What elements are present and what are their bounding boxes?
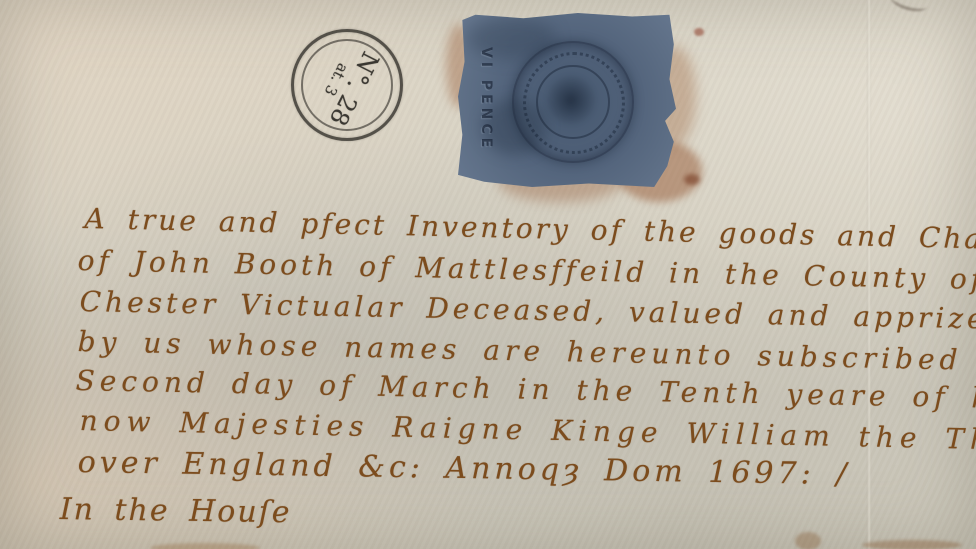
- stamp-text: N°. 28 at. 3: [276, 14, 419, 157]
- faint-ink-mark: [862, 540, 962, 549]
- faint-ink-mark: [150, 543, 260, 549]
- blue-revenue-stamp: VI PENCE: [458, 13, 676, 187]
- faint-ink-mark: [795, 532, 821, 549]
- manuscript-line-7: over England &c: Annoqȝ Dom 1697: /: [77, 445, 850, 492]
- stamp-denomination: VI PENCE: [478, 47, 494, 169]
- top-right-crease: [888, 0, 929, 15]
- circular-number-stamp: N°. 28 at. 3: [291, 29, 403, 141]
- embossed-seal-center: [546, 75, 596, 125]
- rust-spot: [684, 174, 700, 185]
- parchment-document: N°. 28 at. 3 VI PENCE A true and pfect I…: [0, 0, 976, 549]
- manuscript-line-8: In the Houſe: [60, 492, 292, 530]
- rust-spot: [694, 28, 704, 36]
